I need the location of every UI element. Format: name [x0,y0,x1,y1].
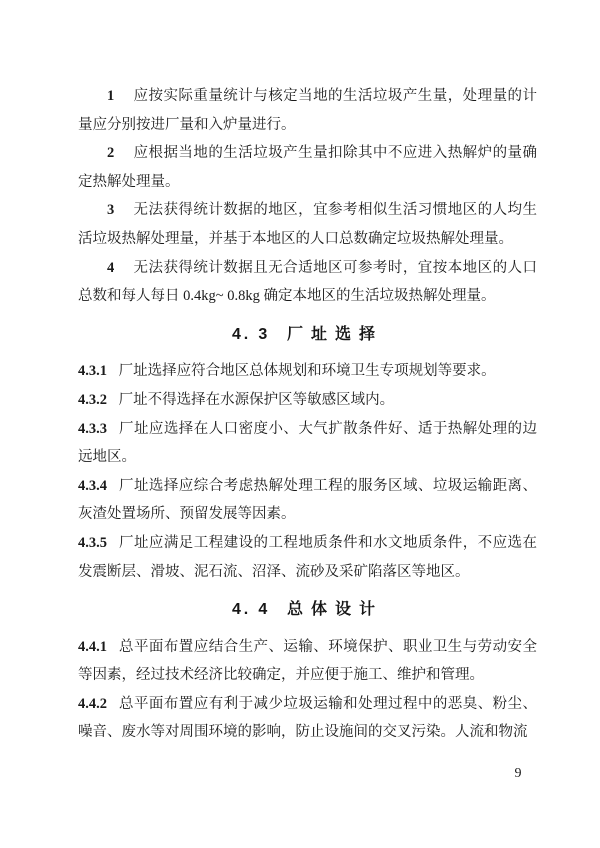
clause-4-4-1: 4.4.1总平面布置应结合生产、运输、环境保护、职业卫生与劳动安全等因素，经过技… [78,633,537,690]
clause-text: 厂址应满足工程建设的工程地质条件和水文地质条件，不应选在发震断层、滑坡、泥石流、… [78,535,537,580]
clause-4-3-4: 4.3.4厂址选择应综合考虑热解处理工程的服务区域、垃圾运输距离、灰渣处置场所、… [78,472,537,529]
section-heading-4-3: 4. 3厂址选择 [78,321,537,350]
item-text: 无法获得统计数据的地区，宜参考相似生活习惯地区的人均生活垃圾热解处理量，并基于本… [78,202,537,247]
item-text: 无法获得统计数据且无合适地区可参考时，宜按本地区的人口总数和每人每日 0.4kg… [78,260,537,305]
clause-text: 厂址选择应符合地区总体规划和环境卫生专项规划等要求。 [119,363,496,379]
section-title: 厂址选择 [279,326,383,343]
clause-number: 4.3.5 [78,535,107,551]
numbered-item-2: 2应根据当地的生活垃圾产生量扣除其中不应进入热解炉的量确定热解处理量。 [78,139,537,196]
numbered-item-3: 3无法获得统计数据的地区，宜参考相似生活习惯地区的人均生活垃圾热解处理量，并基于… [78,196,537,253]
section-number: 4. 3 [232,326,270,343]
numbered-item-4: 4无法获得统计数据且无合适地区可参考时，宜按本地区的人口总数和每人每日 0.4k… [78,254,537,311]
item-number: 1 [107,88,114,104]
clause-text: 厂址不得选择在水源保护区等敏感区域内。 [119,392,395,408]
clause-number: 4.4.2 [78,696,107,712]
item-number: 4 [107,260,114,276]
clause-number: 4.3.3 [78,421,107,437]
section-heading-4-4: 4. 4总体设计 [78,596,537,625]
clause-number: 4.3.1 [78,363,107,379]
clause-number: 4.3.4 [78,478,107,494]
section-title: 总体设计 [279,601,383,618]
item-number: 3 [107,202,114,218]
clause-text: 厂址应选择在人口密度小、大气扩散条件好、适于热解处理的边远地区。 [78,421,537,466]
clause-4-3-5: 4.3.5厂址应满足工程建设的工程地质条件和水文地质条件，不应选在发震断层、滑坡… [78,529,537,586]
item-number: 2 [107,145,114,161]
clause-4-3-1: 4.3.1厂址选择应符合地区总体规划和环境卫生专项规划等要求。 [78,357,537,386]
clause-text: 厂址选择应综合考虑热解处理工程的服务区域、垃圾运输距离、灰渣处置场所、预留发展等… [78,478,537,523]
clause-4-3-3: 4.3.3厂址应选择在人口密度小、大气扩散条件好、适于热解处理的边远地区。 [78,415,537,472]
numbered-item-1: 1应按实际重量统计与核定当地的生活垃圾产生量，处理量的计量应分别按进厂量和入炉量… [78,82,537,139]
clause-text: 总平面布置应有利于减少垃圾运输和处理过程中的恶臭、粉尘、噪音、废水等对周围环境的… [78,696,537,741]
item-text: 应根据当地的生活垃圾产生量扣除其中不应进入热解炉的量确定热解处理量。 [78,145,537,190]
clause-4-3-2: 4.3.2厂址不得选择在水源保护区等敏感区域内。 [78,386,537,415]
document-page: 1应按实际重量统计与核定当地的生活垃圾产生量，处理量的计量应分别按进厂量和入炉量… [0,0,600,848]
page-number: 9 [506,766,530,782]
clause-number: 4.4.1 [78,639,107,655]
clause-4-4-2: 4.4.2总平面布置应有利于减少垃圾运输和处理过程中的恶臭、粉尘、噪音、废水等对… [78,690,537,747]
clause-number: 4.3.2 [78,392,107,408]
section-number: 4. 4 [232,601,270,618]
item-text: 应按实际重量统计与核定当地的生活垃圾产生量，处理量的计量应分别按进厂量和入炉量进… [78,88,537,133]
page-content: 1应按实际重量统计与核定当地的生活垃圾产生量，处理量的计量应分别按进厂量和入炉量… [78,82,537,747]
clause-text: 总平面布置应结合生产、运输、环境保护、职业卫生与劳动安全等因素，经过技术经济比较… [78,639,537,684]
